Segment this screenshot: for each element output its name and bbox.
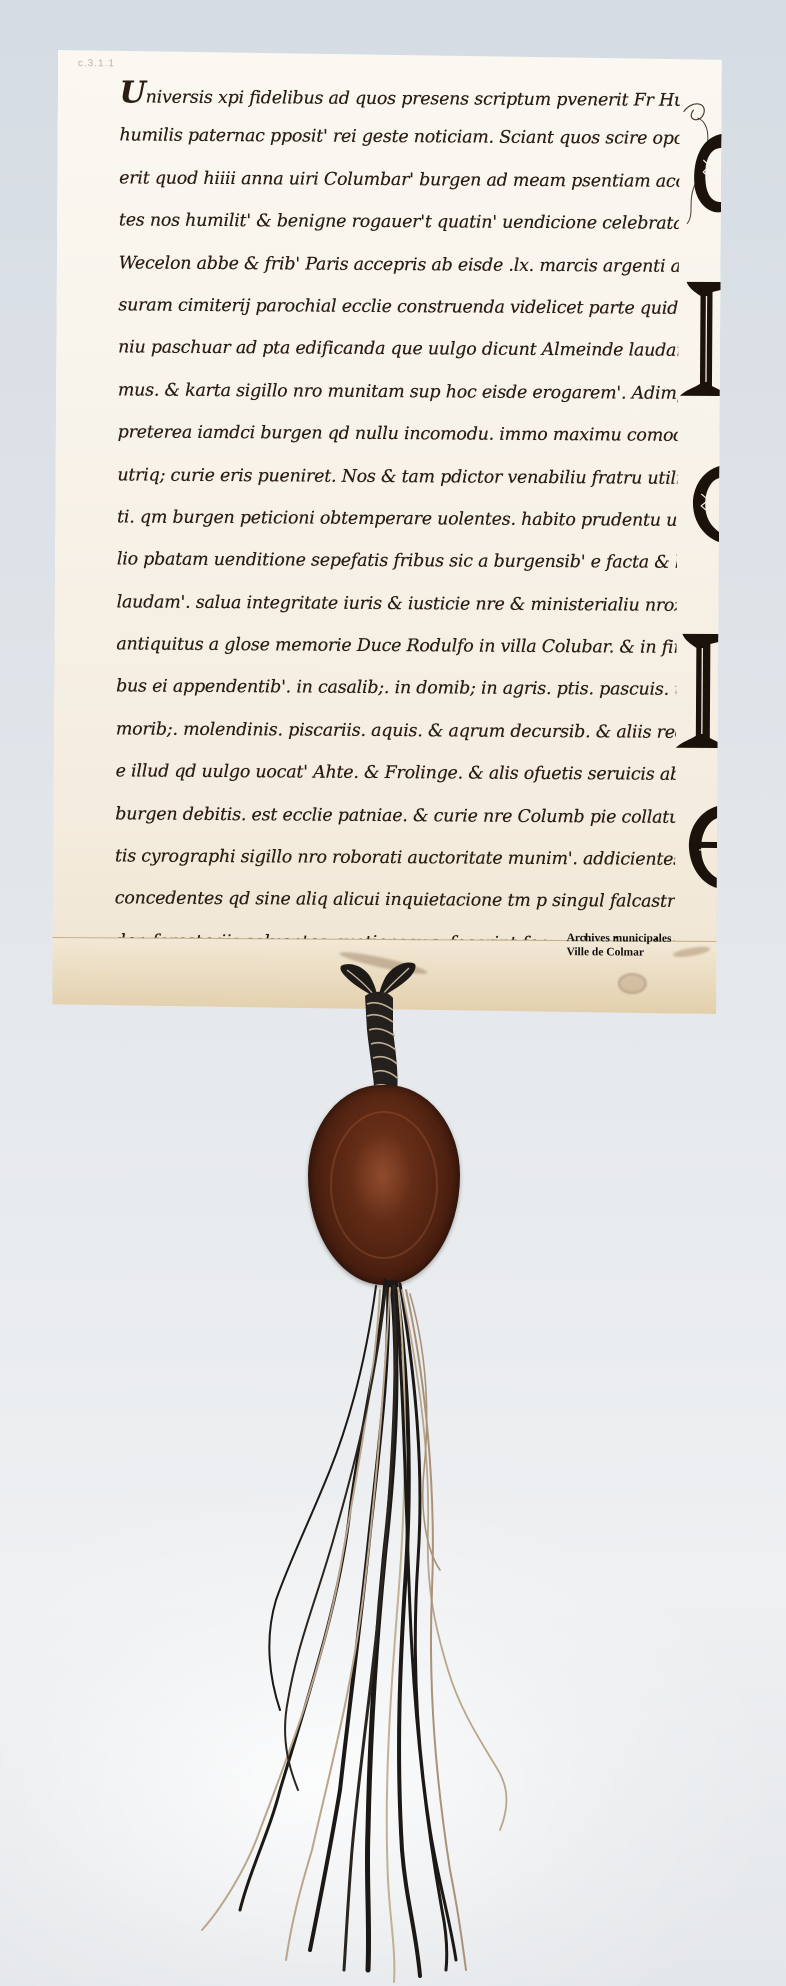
chirograph-cut-letters bbox=[669, 94, 722, 914]
text-line: bus ei appendentib'. in casalib;. in dom… bbox=[116, 666, 676, 712]
wax-seal bbox=[308, 1085, 460, 1285]
text-line: tis cyrographi sigillo nro roborati auct… bbox=[115, 835, 675, 881]
text-line: antiquitus a glose memorie Duce Rodulfo … bbox=[116, 623, 676, 669]
text-line: laudam'. salua integritate iuris & iusti… bbox=[116, 581, 676, 627]
text-line: tes nos humilit' & benigne rogauer't qua… bbox=[119, 200, 679, 246]
caption-line-city: Ville de Colmar bbox=[566, 945, 671, 960]
text-line: morib;. molendinis. piscariis. aquis. & … bbox=[116, 708, 676, 754]
archive-pencil-mark: c.3.1.1 bbox=[78, 58, 115, 69]
text-line: burgen debitis. est ecclie patniae. & cu… bbox=[115, 793, 675, 839]
seal-cord-knot-icon bbox=[333, 960, 423, 1100]
text-line: Wecelon abbe & frib' Paris accepris ab e… bbox=[119, 242, 679, 288]
text-line: Universis xpi fidelibus ad quos presens … bbox=[120, 72, 680, 118]
seal-impression bbox=[330, 1111, 438, 1259]
text-line: ti. qm burgen peticioni obtemperare uole… bbox=[117, 496, 677, 542]
text-line: concedentes qd sine aliq alicui inquieta… bbox=[115, 878, 675, 924]
charter-text: Universis xpi fidelibus ad quos presens … bbox=[114, 72, 680, 1050]
parchment-charter: c.3.1.1 Universis xpi fidelibus ad quos … bbox=[52, 50, 722, 1014]
text-line: niu paschuar ad pta edificanda que uulgo… bbox=[118, 327, 678, 373]
text-line: lio pbatam uenditione sepefatis fribus s… bbox=[117, 539, 677, 585]
seal-hole bbox=[618, 973, 646, 993]
caption-line-institution: Archives municipales bbox=[567, 931, 672, 946]
text-line: mus. & karta sigillo nro munitam sup hoc… bbox=[118, 369, 678, 415]
text-line: e illud qd uulgo uocat' Ahte. & Frolinge… bbox=[115, 751, 675, 797]
archive-caption: Archives municipales Ville de Colmar bbox=[566, 931, 671, 960]
text-line: suram cimiterij parochial ecclie constru… bbox=[118, 284, 678, 330]
seal-cord-tassel-icon bbox=[180, 1270, 540, 1986]
decorative-initials-icon bbox=[669, 94, 722, 914]
text-line: erit quod hiiii anna uiri Columbar' burg… bbox=[119, 157, 679, 203]
edge-stain bbox=[672, 945, 711, 959]
text-line: utriq; curie eris pueniret. Nos & tam pd… bbox=[117, 454, 677, 500]
text-line: humilis paternac pposit' rei geste notic… bbox=[119, 115, 679, 161]
text-line: preterea iamdci burgen qd nullu incomodu… bbox=[118, 411, 678, 457]
